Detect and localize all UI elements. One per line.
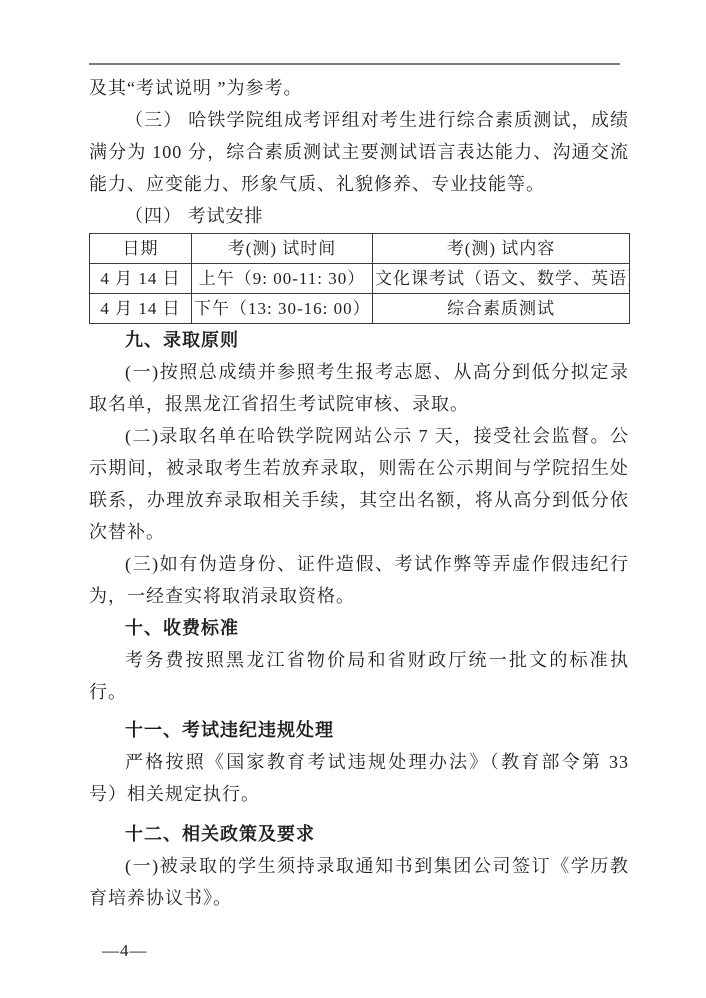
section-heading-fee-standard: 十、收费标准 [89, 612, 629, 644]
document-body: 及其“考试说明 ”为参考。 （三） 哈铁学院组成考评组对考生进行综合素质测试，成… [89, 72, 629, 914]
table-row-afternoon: 4 月 14 日 下午（13: 30-16: 00） 综合素质测试 [90, 294, 630, 324]
section-heading-violation-handling: 十一、考试违纪违规处理 [89, 714, 629, 746]
paragraph-admission-1: (一)按照总成绩并参照考生报考志愿、从高分到低分拟定录取名单，报黑龙江省招生考试… [89, 356, 629, 420]
paragraph-related-policy: (一)被录取的学生须持录取通知书到集团公司签订《学历教育培养协议书》。 [89, 850, 629, 914]
paragraph-admission-3: (三)如有伪造身份、证件造假、考试作弊等弄虚作假违纪行为，一经查实将取消录取资格… [89, 548, 629, 612]
table-cell-time: 下午（13: 30-16: 00） [192, 294, 373, 324]
table-header-row: 日期 考(测) 试时间 考(测) 试内容 [90, 234, 630, 264]
paragraph-fee-standard: 考务费按照黑龙江省物价局和省财政厅统一批文的标准执行。 [89, 644, 629, 708]
table-header-content: 考(测) 试内容 [373, 234, 630, 264]
document-page: 及其“考试说明 ”为参考。 （三） 哈铁学院组成考评组对考生进行综合素质测试，成… [0, 0, 706, 998]
paragraph-violation-handling: 严格按照《国家教育考试违规处理办法》（教育部令第 33 号）相关规定执行。 [89, 746, 629, 810]
page-number: —4— [102, 941, 148, 961]
exam-schedule-table: 日期 考(测) 试时间 考(测) 试内容 4 月 14 日 上午（9: 00-1… [89, 233, 630, 324]
paragraph-admission-2: (二)录取名单在哈铁学院网站公示 7 天，接受社会监督。公示期间，被录取考生若放… [89, 420, 629, 548]
table-cell-time: 上午（9: 00-11: 30） [192, 264, 373, 294]
table-row-morning: 4 月 14 日 上午（9: 00-11: 30） 文化课考试（语文、数学、英语… [90, 264, 630, 294]
table-header-time: 考(测) 试时间 [192, 234, 373, 264]
section-heading-admission-principles: 九、录取原则 [89, 324, 629, 356]
table-cell-date: 4 月 14 日 [90, 294, 192, 324]
section-heading-related-policy: 十二、相关政策及要求 [89, 818, 629, 850]
table-header-date: 日期 [90, 234, 192, 264]
table-cell-content: 文化课考试（语文、数学、英语） [373, 264, 630, 294]
table-cell-date: 4 月 14 日 [90, 264, 192, 294]
header-rule [89, 63, 620, 65]
table-cell-content: 综合素质测试 [373, 294, 630, 324]
paragraph-quality-test: （三） 哈铁学院组成考评组对考生进行综合素质测试，成绩满分为 100 分，综合素… [89, 104, 629, 200]
paragraph-exam-schedule-label: （四） 考试安排 [89, 200, 629, 232]
paragraph-exam-reference: 及其“考试说明 ”为参考。 [89, 72, 629, 104]
